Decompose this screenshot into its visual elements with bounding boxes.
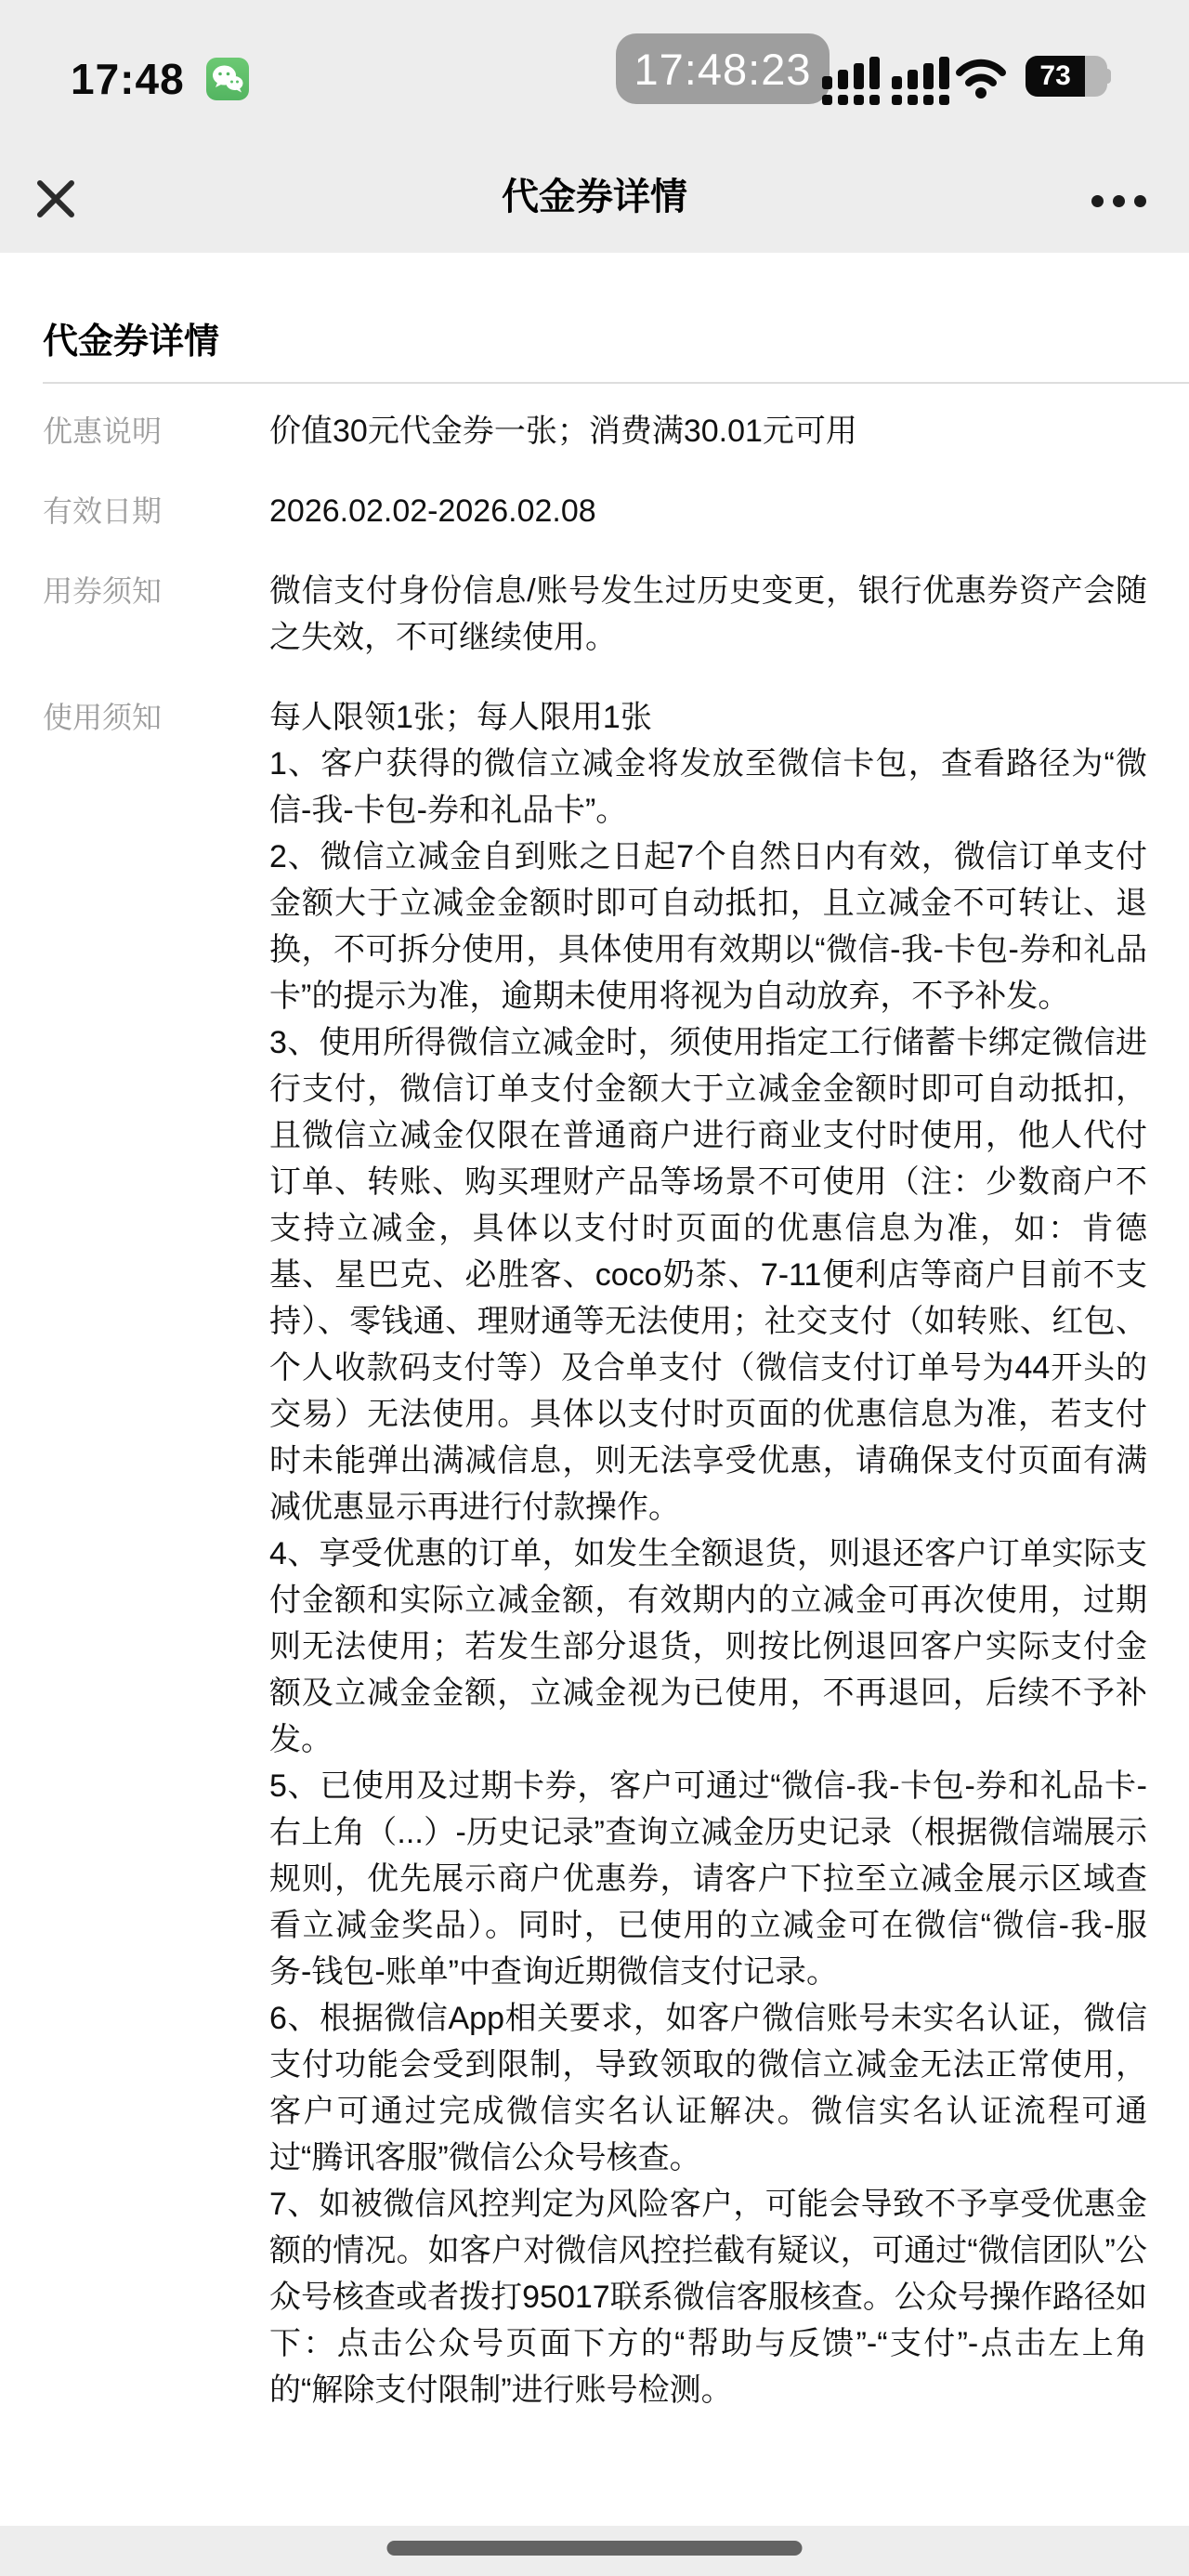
battery-percent: 73 xyxy=(1026,56,1085,97)
screen-recording-pill[interactable]: 17:48:23 xyxy=(616,33,830,104)
content-area: 代金券详情 优惠说明价值30元代金券一张；消费满30.01元可用有效日期2026… xyxy=(0,253,1189,2447)
more-icon xyxy=(1091,195,1104,207)
section-heading: 代金券详情 xyxy=(0,253,1189,362)
info-row: 优惠说明价值30元代金券一张；消费满30.01元可用 xyxy=(43,408,1189,454)
row-value: 每人限领1张；每人限用1张1、客户获得的微信立减金将发放至微信卡包，查看路径为“… xyxy=(269,694,1147,2413)
page-title: 代金券详情 xyxy=(0,167,1189,220)
cellular-signal-icon xyxy=(822,57,949,105)
top-chrome: 17:48 17:48:23 xyxy=(0,0,1189,253)
more-button[interactable] xyxy=(1091,195,1146,207)
info-row: 用券须知微信支付身份信息/账号发生过历史变更，银行优惠券资产会随之失效，不可继续… xyxy=(43,568,1189,661)
usage-notice-line: 每人限领1张；每人限用1张 xyxy=(269,694,1147,741)
row-value: 价值30元代金券一张；消费满30.01元可用 xyxy=(269,408,1147,454)
row-label: 使用须知 xyxy=(43,694,269,741)
usage-notice-line: 5、已使用及过期卡券，客户可通过“微信-我-卡包-券和礼品卡-右上角（...）-… xyxy=(269,1763,1147,1995)
row-label: 有效日期 xyxy=(43,488,269,534)
info-row: 使用须知每人限领1张；每人限用1张1、客户获得的微信立减金将发放至微信卡包，查看… xyxy=(43,694,1189,2413)
wechat-app-icon[interactable] xyxy=(206,58,249,100)
info-row: 有效日期2026.02.02-2026.02.08 xyxy=(43,488,1189,534)
recording-timer: 17:48:23 xyxy=(634,44,812,95)
usage-notice-line: 2、微信立减金自到账之日起7个自然日内有效，微信订单支付金额大于立减金金额时即可… xyxy=(269,834,1147,1019)
row-label: 用券须知 xyxy=(43,568,269,614)
battery-icon: 73 xyxy=(1026,56,1111,97)
row-label: 优惠说明 xyxy=(43,408,269,454)
row-value: 2026.02.02-2026.02.08 xyxy=(269,488,1147,534)
home-indicator[interactable] xyxy=(387,2541,803,2556)
bottom-bar xyxy=(0,2526,1189,2576)
wifi-icon xyxy=(955,59,1007,104)
status-bar: 17:48 17:48:23 xyxy=(0,0,1189,130)
usage-notice-line: 7、如被微信风控判定为风险客户，可能会导致不予享受优惠金额的情况。如客户对微信风… xyxy=(269,2181,1147,2413)
info-rows: 优惠说明价值30元代金券一张；消费满30.01元可用有效日期2026.02.02… xyxy=(0,384,1189,2413)
usage-notice-line: 6、根据微信App相关要求，如客户微信账号未实名认证，微信支付功能会受到限制，导… xyxy=(269,1995,1147,2181)
row-value: 微信支付身份信息/账号发生过历史变更，银行优惠券资产会随之失效，不可继续使用。 xyxy=(269,568,1147,661)
usage-notice-line: 4、享受优惠的订单，如发生全额退货，则退还客户订单实际支付金额和实际立减金额，有… xyxy=(269,1531,1147,1763)
nav-bar: 代金券详情 xyxy=(0,130,1189,253)
status-time: 17:48 xyxy=(71,54,185,104)
usage-notice-line: 3、使用所得微信立减金时，须使用指定工行储蓄卡绑定微信进行支付，微信订单支付金额… xyxy=(269,1019,1147,1531)
usage-notice-line: 1、客户获得的微信立减金将发放至微信卡包，查看路径为“微信-我-卡包-券和礼品卡… xyxy=(269,741,1147,834)
